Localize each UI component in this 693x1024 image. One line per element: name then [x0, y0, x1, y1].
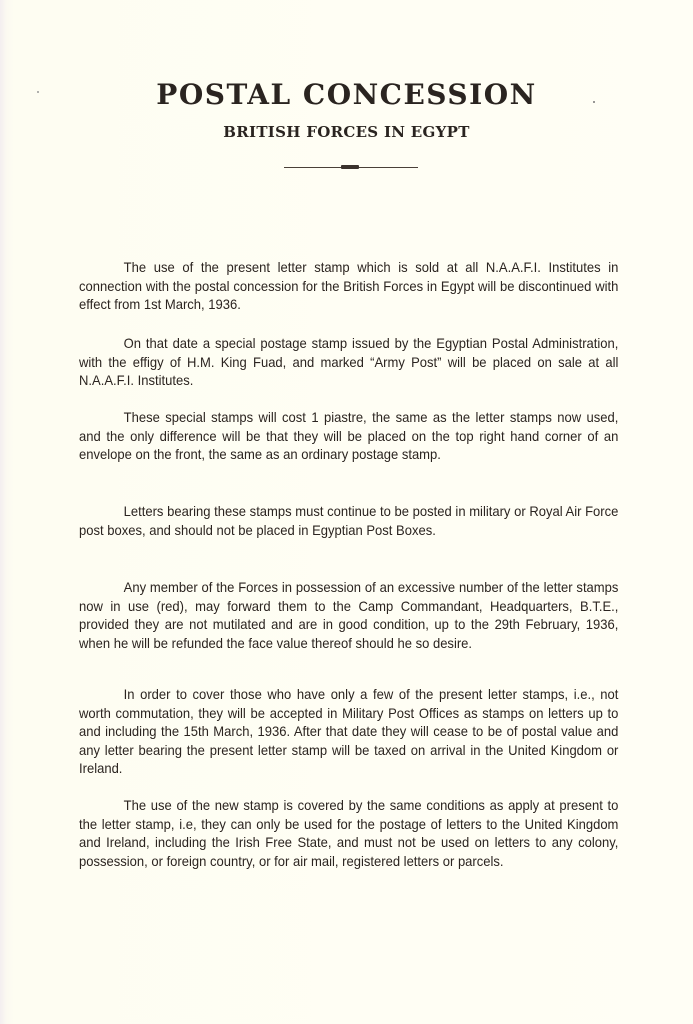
document-title: POSTAL CONCESSION [0, 78, 693, 111]
paper-speck [593, 101, 595, 103]
paragraph-text: The use of the new stamp is covered by t… [79, 796, 618, 870]
paragraph-discontinuation: The use of the present letter stamp whic… [79, 258, 618, 314]
paragraph-conditions: The use of the new stamp is covered by t… [79, 796, 618, 870]
paragraph-text: Letters bearing these stamps must contin… [79, 502, 618, 539]
paragraph-text: On that date a special postage stamp iss… [79, 334, 618, 390]
paragraph-posting: Letters bearing these stamps must contin… [79, 502, 618, 539]
paragraph-transition: In order to cover those who have only a … [79, 685, 618, 778]
paragraph-text: These special stamps will cost 1 piastre… [79, 408, 618, 464]
paragraph-text: The use of the present letter stamp whic… [79, 258, 618, 314]
paragraph-new-stamp: On that date a special postage stamp iss… [79, 334, 618, 390]
paper-speck [37, 91, 39, 93]
document-subtitle: BRITISH FORCES IN EGYPT [0, 123, 693, 141]
paragraph-text: Any member of the Forces in possession o… [79, 578, 618, 652]
title-divider [284, 167, 418, 168]
document-page: POSTAL CONCESSION BRITISH FORCES IN EGYP… [0, 0, 693, 1024]
paragraph-text: In order to cover those who have only a … [79, 685, 618, 778]
divider-ornament [341, 165, 359, 169]
paragraph-refund: Any member of the Forces in possession o… [79, 578, 618, 652]
paragraph-cost: These special stamps will cost 1 piastre… [79, 408, 618, 464]
